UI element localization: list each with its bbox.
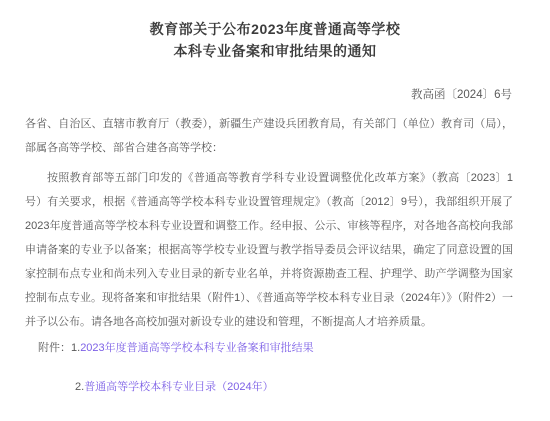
salutation: 各省、自治区、直辖市教育厅（教委），新疆生产建设兵团教育局，有关部门（单位）教育… [25, 112, 513, 160]
attachment-row-1: 附件：1.2023年度普通高等学校本科专业备案和审批结果 [38, 336, 513, 360]
body-paragraph: 按照教育部等五部门印发的《普通高等教育学科专业设置调整优化改革方案》（教高〔20… [25, 166, 513, 334]
attachments-section: 附件：1.2023年度普通高等学校本科专业备案和审批结果 2.普通高等学校本科专… [38, 336, 513, 399]
title-line-1: 教育部关于公布2023年度普通高等学校 [0, 18, 550, 40]
notice-document-page: 教育部关于公布2023年度普通高等学校 本科专业备案和审批结果的通知 教高函〔2… [0, 0, 550, 421]
page-title: 教育部关于公布2023年度普通高等学校 本科专业备案和审批结果的通知 [0, 0, 550, 62]
attachments-label: 附件： [38, 342, 71, 354]
attachment-link-1[interactable]: 2023年度普通高等学校本科专业备案和审批结果 [80, 342, 313, 354]
attachment-1-number: 1. [71, 342, 80, 354]
document-number: 教高函〔2024〕6号 [0, 88, 550, 102]
attachment-link-2[interactable]: 普通高等学校本科专业目录（2024年） [84, 381, 273, 393]
attachment-2-number: 2. [75, 381, 84, 393]
attachment-row-2: 2.普通高等学校本科专业目录（2024年） [38, 375, 513, 399]
document-body: 各省、自治区、直辖市教育厅（教委），新疆生产建设兵团教育局，有关部门（单位）教育… [0, 112, 550, 399]
title-line-2: 本科专业备案和审批结果的通知 [0, 40, 550, 62]
